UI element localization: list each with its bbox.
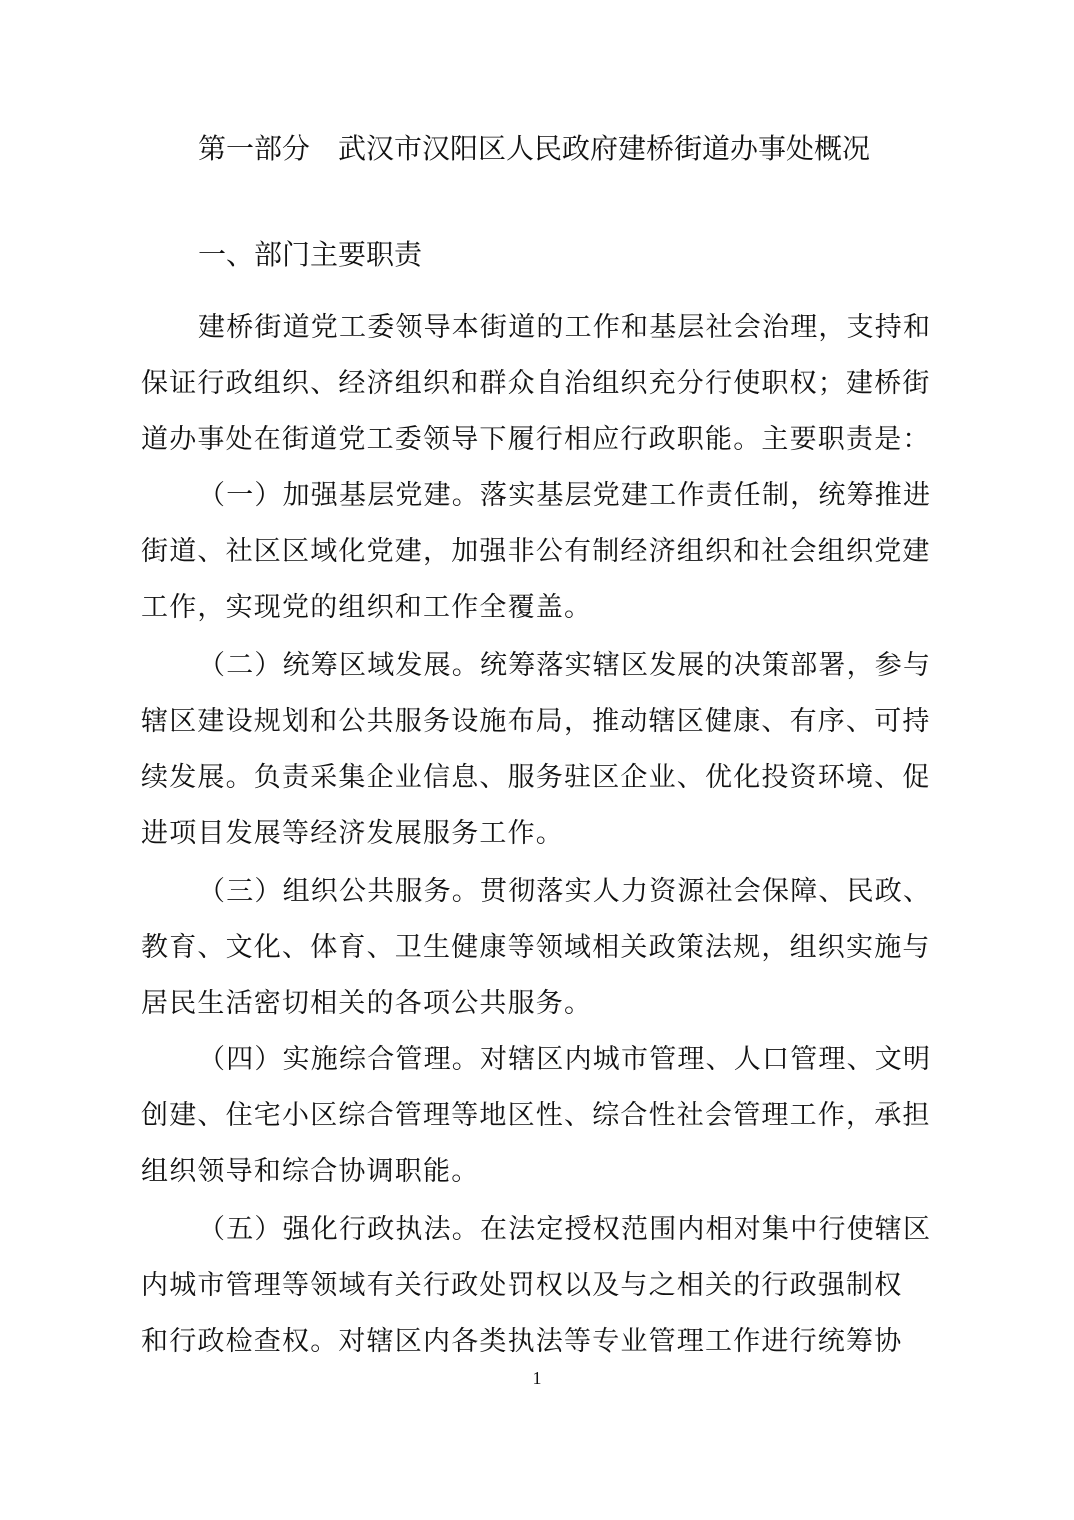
paragraph-line: 保证行政组织、经济组织和群众自治组织充分行使职权；建桥街 [141,368,941,400]
paragraph-line: （四）实施综合管理。对辖区内城市管理、人口管理、文明 [198,1044,998,1076]
section-heading: 一、部门主要职责 [198,238,422,272]
paragraph-line: 组织领导和综合协调职能。 [141,1156,941,1188]
paragraph-line: 街道、社区区域化党建，加强非公有制经济组织和社会组织党建 [141,536,941,568]
paragraph-line: 辖区建设规划和公共服务设施布局，推动辖区健康、有序、可持 [141,706,941,738]
paragraph-line: （五）强化行政执法。在法定授权范围内相对集中行使辖区 [198,1214,998,1246]
paragraph-line: （一）加强基层党建。落实基层党建工作责任制，统筹推进 [198,480,998,512]
paragraph-line: 续发展。负责采集企业信息、服务驻区企业、优化投资环境、促 [141,762,941,794]
paragraph-line: （二）统筹区域发展。统筹落实辖区发展的决策部署，参与 [198,650,998,682]
page-number: 1 [0,1368,1074,1389]
paragraph-line: （三）组织公共服务。贯彻落实人力资源社会保障、民政、 [198,876,998,908]
paragraph-line: 教育、文化、体育、卫生健康等领域相关政策法规，组织实施与 [141,932,941,964]
paragraph-line: 内城市管理等领域有关行政处罚权以及与之相关的行政强制权 [141,1270,941,1302]
paragraph-line: 工作，实现党的组织和工作全覆盖。 [141,592,941,624]
paragraph-line: 道办事处在街道党工委领导下履行相应行政职能。主要职责是： [141,424,941,456]
paragraph-line: 进项目发展等经济发展服务工作。 [141,818,941,850]
paragraph-line: 创建、住宅小区综合管理等地区性、综合性社会管理工作，承担 [141,1100,941,1132]
paragraph-line: 居民生活密切相关的各项公共服务。 [141,988,941,1020]
paragraph-line: 建桥街道党工委领导本街道的工作和基层社会治理，支持和 [198,312,998,344]
paragraph-line: 和行政检查权。对辖区内各类执法等专业管理工作进行统筹协 [141,1326,941,1358]
page-title: 第一部分 武汉市汉阳区人民政府建桥街道办事处概况 [198,132,870,166]
